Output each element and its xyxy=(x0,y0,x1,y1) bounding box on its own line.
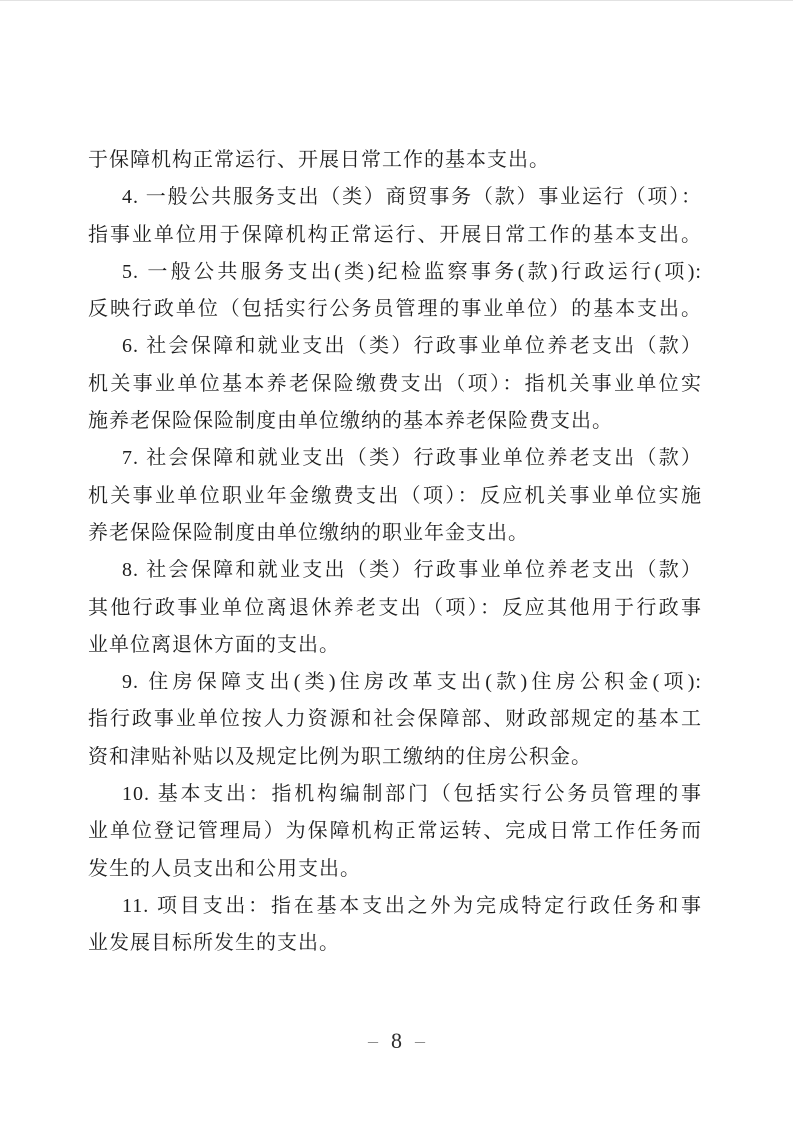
text-line: 机关事业单位职业年金缴费支出（项）：反应机关事业单位实施 xyxy=(88,478,702,515)
text-line: 发生的人员支出和公用支出。 xyxy=(88,851,702,888)
page-number: –8– xyxy=(0,1023,793,1059)
text-line: 养老保险保险制度由单位缴纳的职业年金支出。 xyxy=(88,515,702,552)
text-line: 9. 住房保障支出(类)住房改革支出(款)住房公积金(项): xyxy=(88,664,702,701)
text-line: 机关事业单位基本养老保险缴费支出（项）：指机关事业单位实 xyxy=(88,366,702,403)
page-number-dash-left: – xyxy=(368,1023,378,1059)
text-line: 11. 项目支出：指在基本支出之外为完成特定行政任务和事 xyxy=(88,888,702,925)
text-line: 其他行政事业单位离退休养老支出（项）：反应其他用于行政事 xyxy=(88,590,702,627)
text-line: 业单位登记管理局）为保障机构正常运转、完成日常工作任务而 xyxy=(88,813,702,850)
body-text: 于保障机构正常运行、开展日常工作的基本支出。4. 一般公共服务支出（类）商贸事务… xyxy=(88,142,702,963)
page-number-value: 8 xyxy=(391,1023,402,1059)
text-line: 业发展目标所发生的支出。 xyxy=(88,925,702,962)
text-line: 4. 一般公共服务支出（类）商贸事务（款）事业运行（项）： xyxy=(88,179,702,216)
text-line: 8. 社会保障和就业支出（类）行政事业单位养老支出（款） xyxy=(88,552,702,589)
text-line: 资和津贴补贴以及规定比例为职工缴纳的住房公积金。 xyxy=(88,739,702,776)
text-line: 5. 一般公共服务支出(类)纪检监察事务(款)行政运行(项): xyxy=(88,254,702,291)
document-page: 于保障机构正常运行、开展日常工作的基本支出。4. 一般公共服务支出（类）商贸事务… xyxy=(0,0,793,1123)
text-line: 业单位离退休方面的支出。 xyxy=(88,627,702,664)
page-number-dash-right: – xyxy=(415,1023,425,1059)
text-line: 施养老保险保险制度由单位缴纳的基本养老保险费支出。 xyxy=(88,403,702,440)
text-line: 指事业单位用于保障机构正常运行、开展日常工作的基本支出。 xyxy=(88,217,702,254)
text-line: 10. 基本支出：指机构编制部门（包括实行公务员管理的事 xyxy=(88,776,702,813)
text-line: 于保障机构正常运行、开展日常工作的基本支出。 xyxy=(88,142,702,179)
text-line: 反映行政单位（包括实行公务员管理的事业单位）的基本支出。 xyxy=(88,291,702,328)
text-line: 6. 社会保障和就业支出（类）行政事业单位养老支出（款） xyxy=(88,328,702,365)
text-line: 指行政事业单位按人力资源和社会保障部、财政部规定的基本工 xyxy=(88,701,702,738)
text-line: 7. 社会保障和就业支出（类）行政事业单位养老支出（款） xyxy=(88,440,702,477)
